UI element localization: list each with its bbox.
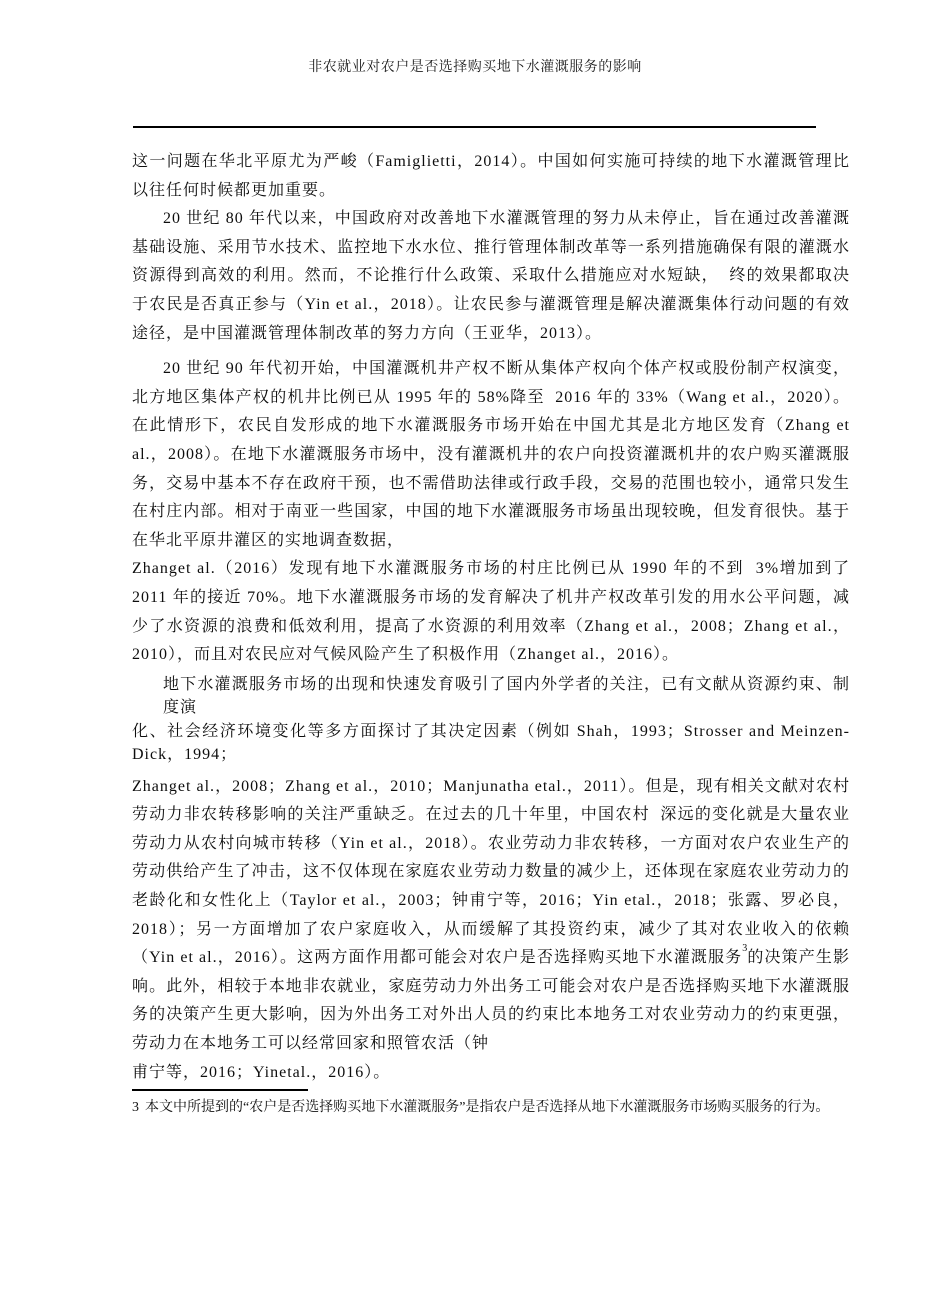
paragraph: 20 世纪 90 年代初开始，中国灌溉机井产权不断从集体产权向个体产权或股份制产…: [132, 355, 850, 670]
paragraph: 这一问题在华北平原尤为严峻（Famiglietti，2014）。中国如何实施可持…: [132, 148, 850, 205]
header-divider-line: [133, 126, 816, 128]
footnote-separator-line: [132, 1089, 308, 1091]
footnote: 3本文中所提到的“农户是否选择购买地下水灌溉服务”是指农户是否选择从地下水灌溉服…: [132, 1097, 837, 1119]
paragraph: 化、社会经济环境变化等多方面探讨了其决定因素（例如 Shah，1993；Stro…: [132, 720, 850, 767]
document-page: 非农就业对农户是否选择购买地下水灌溉服务的影响 这一问题在华北平原尤为严峻（Fa…: [0, 0, 950, 1290]
page-header-title: 非农就业对农户是否选择购买地下水灌溉服务的影响: [0, 56, 950, 76]
paragraph: Zhanget al.，2008；Zhang et al.，2010；Manju…: [132, 773, 850, 1088]
footnote-marker: 3: [132, 1100, 139, 1115]
footnote-reference: 3: [742, 943, 747, 954]
paragraph: 20 世纪 80 年代以来，中国政府对改善地下水灌溉管理的努力从未停止，旨在通过…: [132, 205, 850, 348]
footnote-text: 本文中所提到的“农户是否选择购买地下水灌溉服务”是指农户是否选择从地下水灌溉服务…: [145, 1100, 829, 1115]
paragraph: 地下水灌溉服务市场的出现和快速发育吸引了国内外学者的关注，已有文献从资源约束、制…: [132, 673, 850, 720]
document-body: 这一问题在华北平原尤为严峻（Famiglietti，2014）。中国如何实施可持…: [132, 148, 850, 1087]
